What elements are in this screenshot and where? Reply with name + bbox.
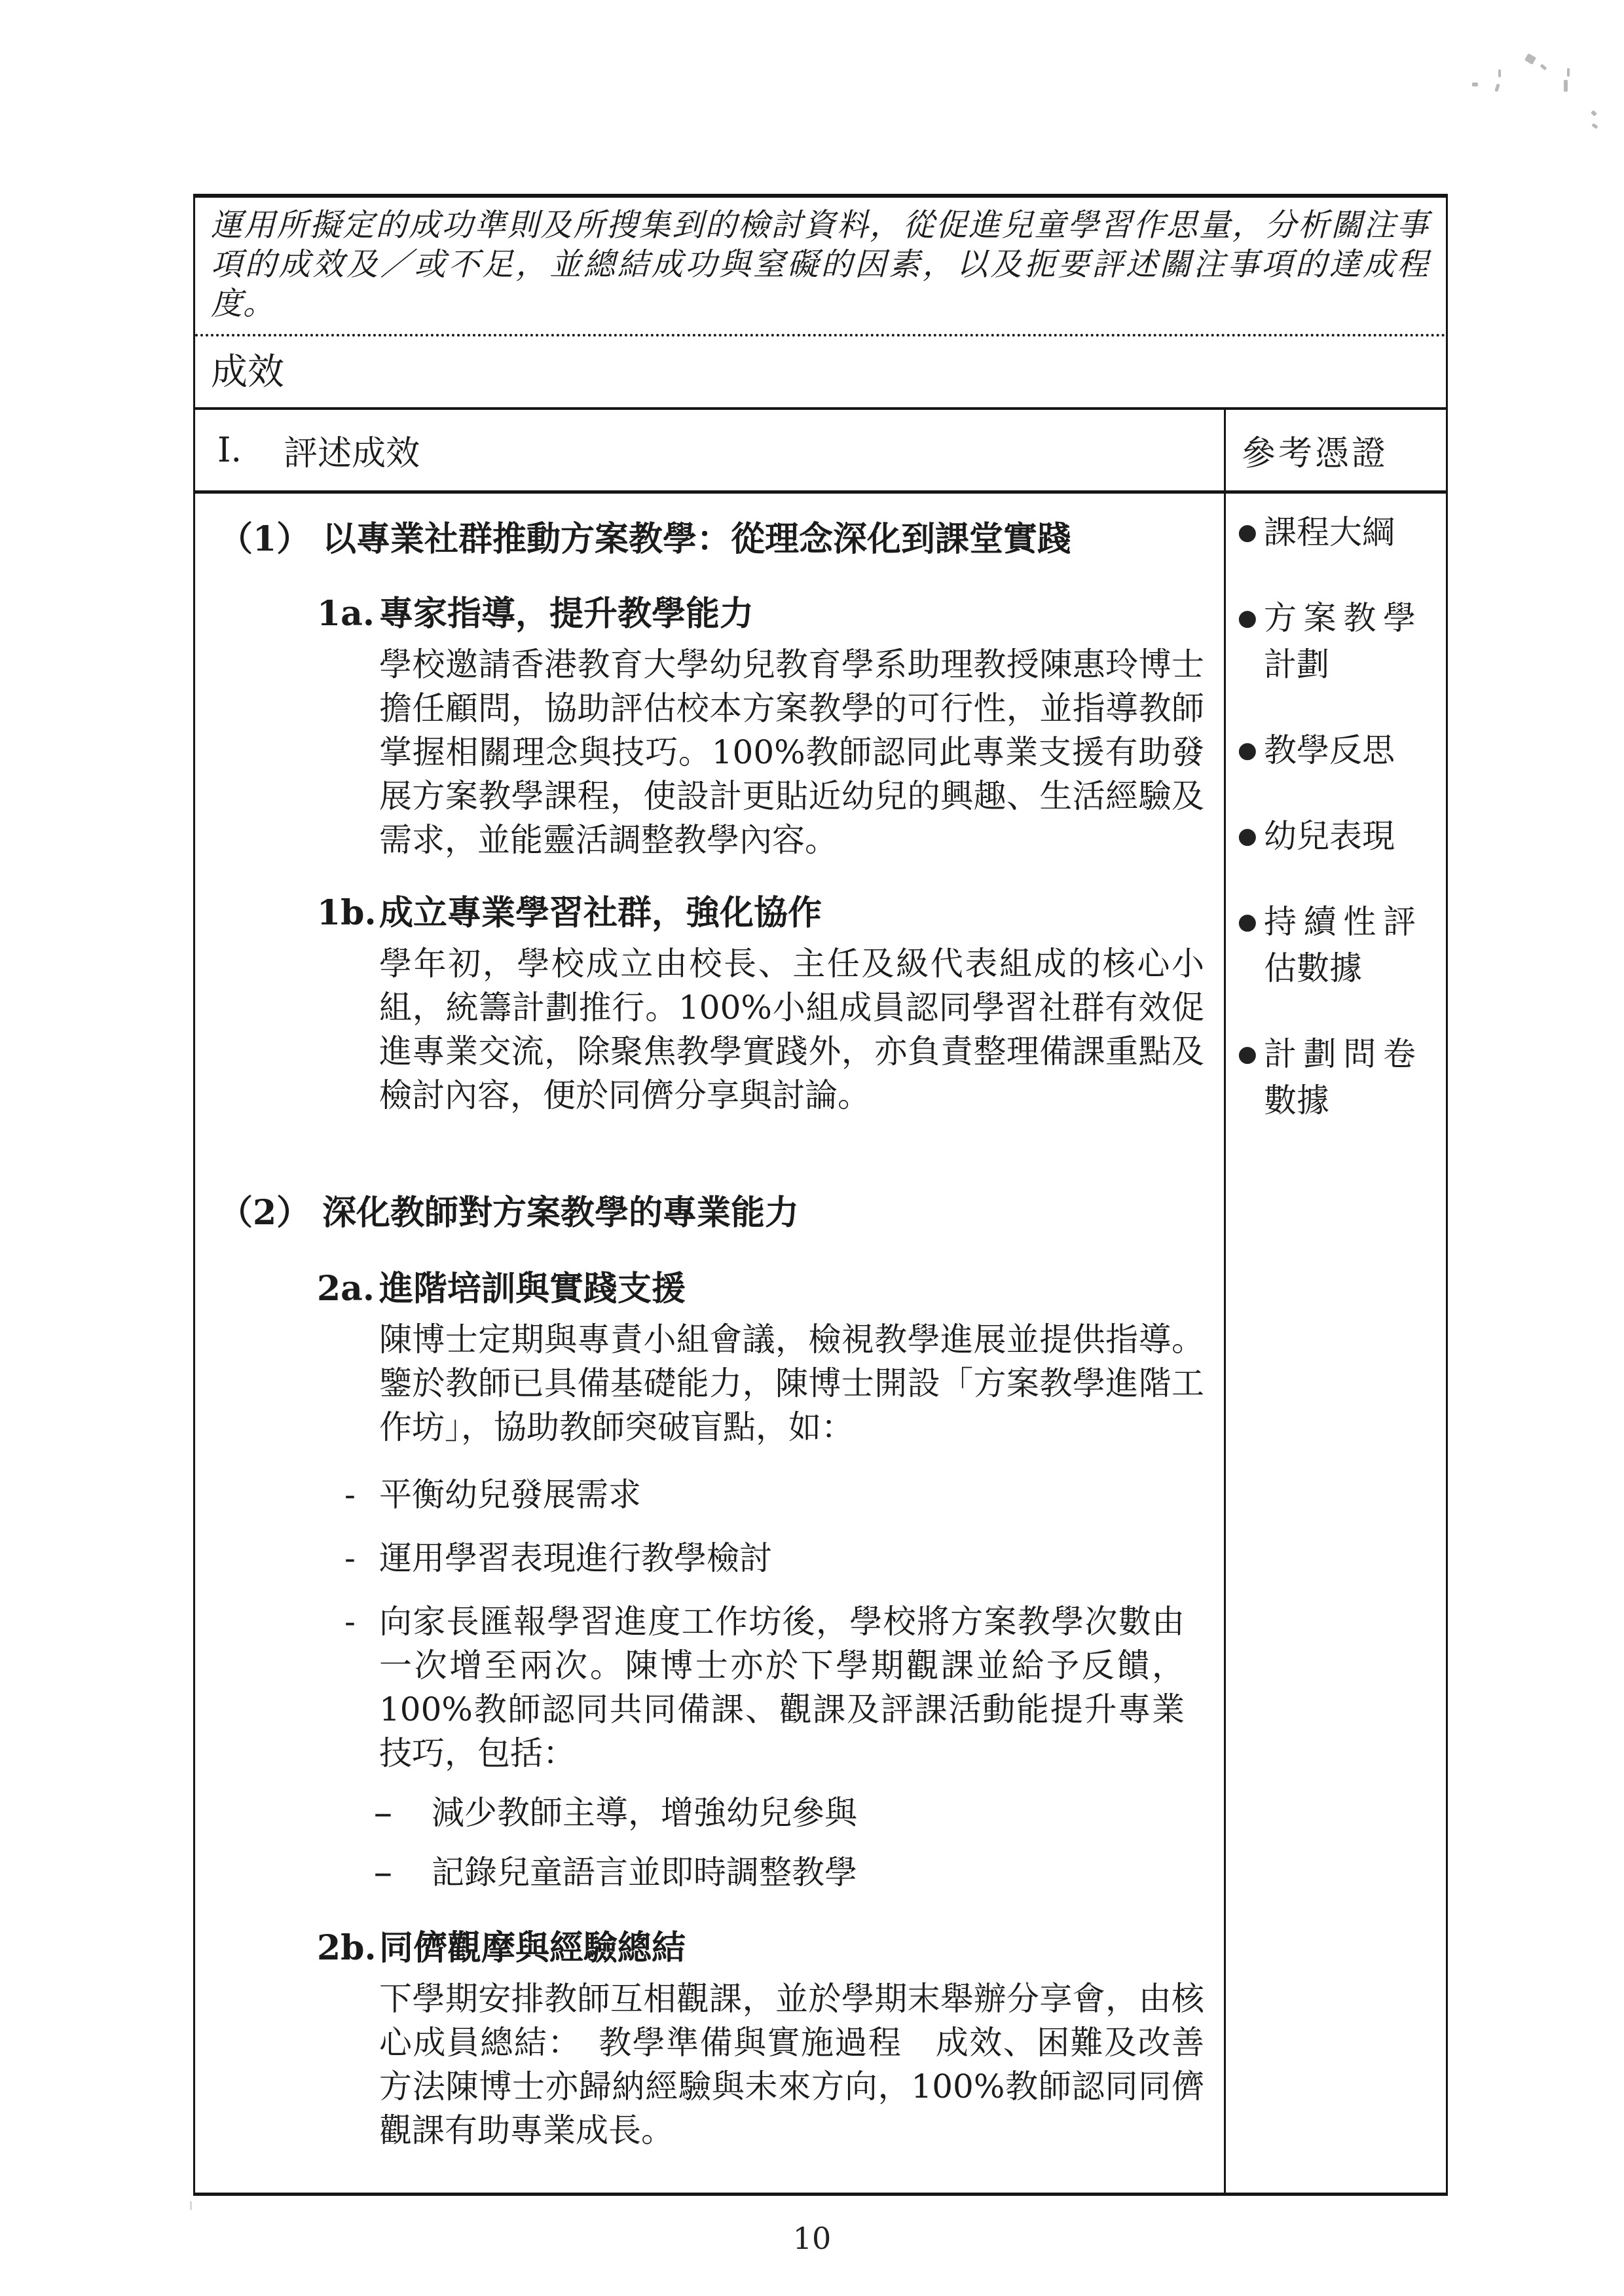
scan-speck — [190, 2201, 192, 2210]
bullet-icon: ● — [1238, 595, 1264, 688]
item-1-heading: （1） 以專業社群推動方案教學：從理念深化到課堂實踐 — [219, 517, 1204, 562]
sub-item-1a-body: 學校邀請香港教育大學幼兒教育學系助理教授陳惠玲博士擔任顧問，協助評估校本方案教學… — [379, 643, 1204, 862]
sub-item-1b: 1b. 成立專業學習社群，強化協作 學年初，學校成立由校長、主任及級代表組成的核… — [317, 891, 1204, 1118]
double-dash-icon: -- — [374, 1851, 432, 1895]
sub-item-2b: 2b. 同儕觀摩與經驗總結 下學期安排教師互相觀課，並於學期末舉辦分享會，由核心… — [317, 1926, 1204, 2153]
list-item: - 運用學習表現進行教學檢討 — [344, 1537, 1204, 1580]
evidence-item-text: 持續性評估數據 — [1264, 899, 1416, 992]
evidence-item-text: 教學反思 — [1264, 727, 1416, 774]
report-table: 運用所擬定的成功準則及所搜集到的檢討資料，從促進兒童學習作思量，分析關注事項的成… — [193, 194, 1448, 2196]
sub-item-1b-heading: 1b. 成立專業學習社群，強化協作 — [317, 891, 1204, 936]
list-item-text: 平衡幼兒發展需求 — [379, 1473, 1185, 1517]
list-item-text: 記錄兒童語言並即時調整教學 — [432, 1851, 1204, 1895]
scan-speck — [1494, 84, 1500, 92]
intro-instruction: 運用所擬定的成功準則及所搜集到的檢討資料，從促進兒童學習作思量，分析關注事項的成… — [195, 198, 1446, 337]
scan-speck — [1540, 64, 1547, 70]
table-content-row: （1） 以專業社群推動方案教學：從理念深化到課堂實踐 1a. 專家指導，提升教學… — [195, 494, 1446, 2193]
bullet-icon: ● — [1238, 813, 1264, 860]
sub-item-1a-label: 1a. — [317, 592, 379, 636]
section-title: 成效 — [211, 351, 284, 393]
sub-item-2a-body: 陳博士定期與專責小組會議，檢視教學進展並提供指導。鑒於教師已具備基礎能力，陳博士… — [379, 1318, 1204, 1449]
page-number: 10 — [0, 2221, 1624, 2256]
evidence-item: ● 計劃問卷數據 — [1238, 1031, 1441, 1124]
evidence-item: ● 持續性評估數據 — [1238, 899, 1441, 992]
evidence-item-text: 方案教學計劃 — [1264, 595, 1416, 688]
sub-item-1b-label: 1b. — [317, 891, 379, 936]
list-item: - 向家長匯報學習進度工作坊後，學校將方案教學次數由一次增至兩次。陳博士亦於下學… — [344, 1600, 1204, 1776]
sub-item-2b-heading: 2b. 同儕觀摩與經驗總結 — [317, 1926, 1204, 1971]
item-1-title: 以專業社群推動方案教學：從理念深化到課堂實踐 — [322, 517, 1071, 562]
list-item-text: 向家長匯報學習進度工作坊後，學校將方案教學次數由一次增至兩次。陳博士亦於下學期觀… — [379, 1600, 1185, 1776]
list-item: - 平衡幼兒發展需求 — [344, 1473, 1204, 1517]
column-header-left: I. 評述成效 — [195, 410, 1226, 490]
evidence-item: ● 課程大綱 — [1238, 509, 1441, 556]
item-1-label: （1） — [219, 517, 322, 562]
sub-item-2b-label: 2b. — [317, 1926, 379, 1971]
bullet-icon: ● — [1238, 1031, 1264, 1124]
scan-speck — [1564, 80, 1568, 92]
document-page: 運用所擬定的成功準則及所搜集到的檢討資料，從促進兒童學習作思量，分析關注事項的成… — [0, 0, 1624, 2296]
section-title-row: 成效 — [195, 337, 1446, 410]
narrative-cell: （1） 以專業社群推動方案教學：從理念深化到課堂實踐 1a. 專家指導，提升教學… — [195, 494, 1226, 2193]
sub-item-1a-heading: 1a. 專家指導，提升教學能力 — [317, 592, 1204, 636]
sub-item-2b-body: 下學期安排教師互相觀課，並於學期末舉辦分享會，由核心成員總結： 教學準備與實施過… — [379, 1977, 1204, 2153]
item-2-title: 深化教師對方案教學的專業能力 — [322, 1191, 799, 1235]
list-item-text: 運用學習表現進行教學檢討 — [379, 1537, 1185, 1580]
table-header-row: I. 評述成效 參考憑證 — [195, 410, 1446, 494]
intro-instruction-text: 運用所擬定的成功準則及所搜集到的檢討資料，從促進兒童學習作思量，分析關注事項的成… — [211, 207, 1429, 322]
bullet-icon: ● — [1238, 727, 1264, 774]
sub-item-1b-body: 學年初，學校成立由校長、主任及級代表組成的核心小組，統籌計劃推行。100%小組成… — [379, 942, 1204, 1118]
sub-item-1b-title: 成立專業學習社群，強化協作 — [379, 891, 822, 936]
evidence-item-text: 課程大綱 — [1264, 509, 1416, 556]
evidence-item: ● 方案教學計劃 — [1238, 595, 1441, 688]
list-item-text: 減少教師主導，增強幼兒參與 — [432, 1791, 1204, 1835]
sub-item-2a-title: 進階培訓與實踐支援 — [379, 1267, 686, 1311]
sub-item-1a: 1a. 專家指導，提升教學能力 學校邀請香港教育大學幼兒教育學系助理教授陳惠玲博… — [317, 592, 1204, 862]
evidence-item: ● 教學反思 — [1238, 727, 1441, 774]
dash-icon: - — [344, 1473, 379, 1517]
sub-item-1a-title: 專家指導，提升教學能力 — [379, 592, 754, 636]
scan-speck — [1524, 53, 1536, 64]
evidence-item-text: 幼兒表現 — [1264, 813, 1416, 860]
dash-icon: - — [344, 1600, 379, 1776]
scan-speck — [1567, 68, 1570, 77]
double-dash-icon: -- — [374, 1791, 432, 1835]
bullet-icon: ● — [1238, 509, 1264, 556]
scan-speck — [1591, 123, 1598, 129]
scan-speck — [1472, 82, 1478, 86]
sub-dash-list: -- 減少教師主導，增強幼兒參與 -- 記錄兒童語言並即時調整教學 — [344, 1791, 1204, 1895]
column-header-right: 參考憑證 — [1226, 410, 1446, 490]
item-2-label: （2） — [219, 1191, 322, 1235]
column-header-right-label: 參考憑證 — [1242, 426, 1388, 475]
sub-item-2a-label: 2a. — [317, 1267, 379, 1311]
sub-item-2a-heading: 2a. 進階培訓與實踐支援 — [317, 1267, 1204, 1311]
scan-speck — [1498, 69, 1501, 77]
sub-item-2b-title: 同儕觀摩與經驗總結 — [379, 1926, 686, 1971]
list-item: -- 記錄兒童語言並即時調整教學 — [374, 1851, 1204, 1895]
item-2-heading: （2） 深化教師對方案教學的專業能力 — [219, 1191, 1204, 1235]
dash-icon: - — [344, 1537, 379, 1580]
evidence-item-text: 計劃問卷數據 — [1264, 1031, 1416, 1124]
sub-item-2a: 2a. 進階培訓與實踐支援 陳博士定期與專責小組會議，檢視教學進展並提供指導。鑒… — [317, 1267, 1204, 1895]
evidence-cell: ● 課程大綱 ● 方案教學計劃 ● 教學反思 ● 幼兒表現 ● 持續性評估數 — [1226, 494, 1446, 2193]
list-item: -- 減少教師主導，增強幼兒參與 — [374, 1791, 1204, 1835]
bullet-icon: ● — [1238, 899, 1264, 992]
dash-list: - 平衡幼兒發展需求 - 運用學習表現進行教學檢討 - 向家長匯報學習進度工作坊… — [344, 1473, 1204, 1895]
scan-speck — [1591, 110, 1597, 117]
roman-numeral: I. — [217, 431, 242, 470]
evidence-item: ● 幼兒表現 — [1238, 813, 1441, 860]
column-header-left-label: 評述成效 — [284, 426, 420, 475]
